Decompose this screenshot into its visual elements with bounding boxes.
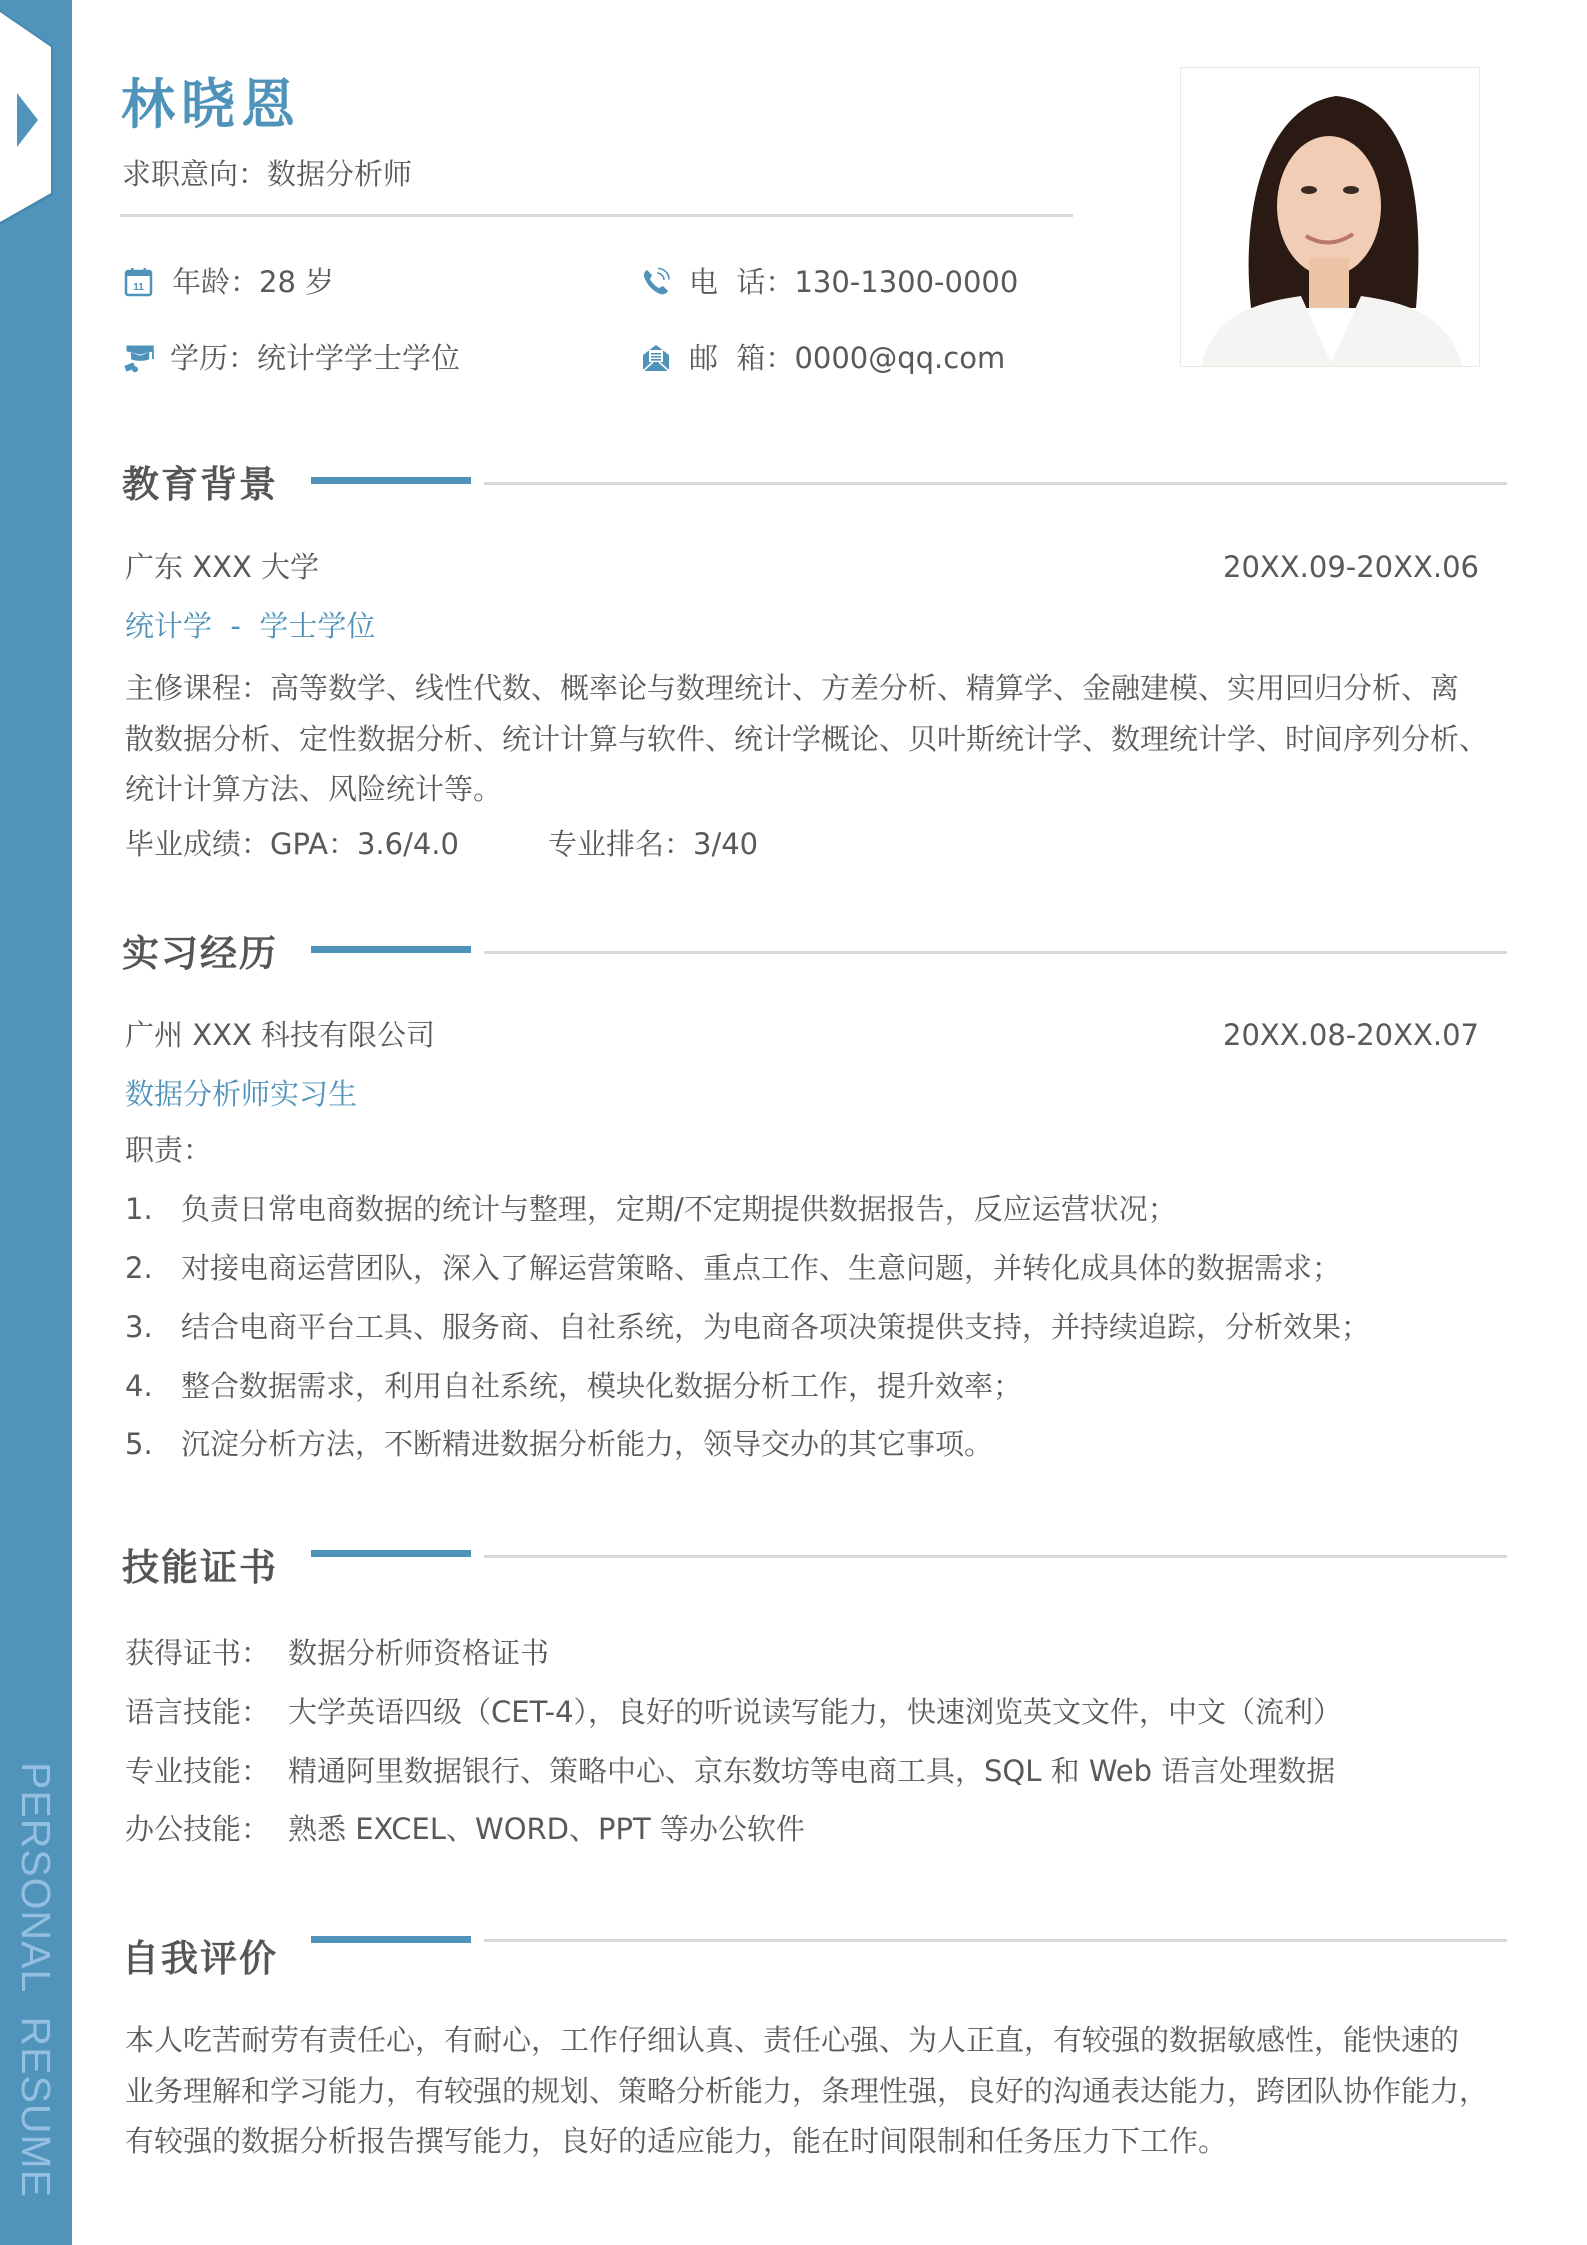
evaluation-line: 业务理解和学习能力，有较强的规划、策略分析能力，条理性强，良好的沟通表达能力，跨… <box>125 2066 1515 2117</box>
section-accent-bar <box>311 477 471 484</box>
sidebar-vertical-text: PERSONAL RESUME <box>14 1762 58 2182</box>
candidate-name: 林晓恩 <box>121 70 301 140</box>
self-evaluation-text: 本人吃苦耐劳有责任心，有耐心，工作仔细认真、责任心强、为人正直，有较强的数据敏感… <box>125 2015 1515 2167</box>
major-degree: 统计学 - 学士学位 <box>125 606 375 646</box>
duties-label: 职责： <box>125 1130 212 1170</box>
contact-education: 学历：统计学学士学位 <box>122 338 460 378</box>
job-intent: 求职意向：数据分析师 <box>122 154 412 194</box>
education-period: 20XX.09-20XX.06 <box>1223 547 1479 587</box>
skill-value: 熟悉 EXCEL、WORD、PPT 等办公软件 <box>288 1812 805 1846</box>
duty-item: 3.结合电商平台工具、服务商、自社系统，为电商各项决策提供支持，并持续追踪，分析… <box>125 1307 1370 1347</box>
major-rank: 专业排名：3/40 <box>548 824 758 864</box>
skill-label: 办公技能： <box>125 1809 288 1849</box>
contact-phone: 电 话：130-1300-0000 <box>641 262 1018 302</box>
courses-line: 主修课程：高等数学、线性代数、概率论与数理统计、方差分析、精算学、金融建模、实用… <box>125 663 1515 714</box>
section-title-internship: 实习经历 <box>122 929 278 979</box>
section-title-education: 教育背景 <box>122 460 278 510</box>
phone-icon <box>641 267 671 297</box>
contact-age: 11 年龄：28 岁 <box>124 262 334 302</box>
gpa: 毕业成绩：GPA：3.6/4.0 <box>125 824 459 864</box>
email-value: 0000@qq.com <box>794 338 1005 378</box>
header-divider <box>120 214 1073 217</box>
duty-text: 对接电商运营团队，深入了解运营策略、重点工作、生意问题，并转化成具体的数据需求； <box>181 1251 1341 1285</box>
section-accent-bar <box>311 1936 471 1943</box>
duty-number: 4. <box>125 1366 181 1406</box>
duty-number: 2. <box>125 1248 181 1288</box>
phone-value: 130-1300-0000 <box>794 262 1018 302</box>
skill-label: 获得证书： <box>125 1633 288 1673</box>
school-name: 广东 XXX 大学 <box>125 547 319 587</box>
graduation-cap-icon <box>122 341 156 375</box>
section-divider <box>484 482 1507 485</box>
duty-item: 1.负责日常电商数据的统计与整理，定期/不定期提供数据报告，反应运营状况； <box>125 1189 1177 1229</box>
courses-line: 散数据分析、定性数据分析、统计计算与软件、统计学概论、贝叶斯统计学、数理统计学、… <box>125 714 1515 765</box>
duty-number: 3. <box>125 1307 181 1347</box>
calendar-icon: 11 <box>124 267 154 297</box>
evaluation-line: 本人吃苦耐劳有责任心，有耐心，工作仔细认真、责任心强、为人正直，有较强的数据敏感… <box>125 2015 1515 2066</box>
skill-item: 办公技能：熟悉 EXCEL、WORD、PPT 等办公软件 <box>125 1809 805 1849</box>
skill-item: 专业技能：精通阿里数据银行、策略中心、京东数坊等电商工具，SQL 和 Web 语… <box>125 1751 1335 1791</box>
skill-item: 获得证书：数据分析师资格证书 <box>125 1633 549 1673</box>
duty-item: 4.整合数据需求，利用自社系统，模块化数据分析工作，提升效率； <box>125 1366 1022 1406</box>
education-label: 学历： <box>170 338 257 378</box>
skill-label: 专业技能： <box>125 1751 288 1791</box>
section-accent-bar <box>311 1550 471 1557</box>
age-value: 28 岁 <box>259 262 334 302</box>
age-label: 年龄： <box>172 262 259 302</box>
duty-text: 负责日常电商数据的统计与整理，定期/不定期提供数据报告，反应运营状况； <box>181 1192 1177 1226</box>
section-accent-bar <box>311 946 471 953</box>
sidebar: PERSONAL RESUME <box>0 0 72 2245</box>
skill-label: 语言技能： <box>125 1692 288 1732</box>
portrait-image <box>1181 68 1480 367</box>
duty-text: 沉淀分析方法，不断精进数据分析能力，领导交办的其它事项。 <box>181 1427 993 1461</box>
company-name: 广州 XXX 科技有限公司 <box>125 1015 435 1055</box>
skill-value: 精通阿里数据银行、策略中心、京东数坊等电商工具，SQL 和 Web 语言处理数据 <box>288 1754 1335 1788</box>
profile-photo <box>1180 67 1480 367</box>
job-intent-label: 求职意向： <box>122 157 267 191</box>
svg-text:11: 11 <box>133 282 144 293</box>
section-divider <box>484 1939 1507 1942</box>
courses: 主修课程：高等数学、线性代数、概率论与数理统计、方差分析、精算学、金融建模、实用… <box>125 663 1515 815</box>
internship-role: 数据分析师实习生 <box>125 1074 357 1114</box>
skill-value: 大学英语四级（CET-4），良好的听说读写能力，快速浏览英文文件，中文（流利） <box>288 1695 1342 1729</box>
hexagon-arrow-icon <box>0 0 72 240</box>
courses-line: 统计计算方法、风险统计等。 <box>125 764 1515 815</box>
phone-label: 电 话： <box>689 262 794 302</box>
duty-text: 结合电商平台工具、服务商、自社系统，为电商各项决策提供支持，并持续追踪，分析效果… <box>181 1310 1370 1344</box>
contact-email: 邮 箱：0000@qq.com <box>641 338 1005 378</box>
education-value: 统计学学士学位 <box>257 338 460 378</box>
envelope-icon <box>641 343 671 373</box>
section-divider <box>484 1555 1507 1558</box>
section-title-self-evaluation: 自我评价 <box>122 1934 278 1984</box>
skill-value: 数据分析师资格证书 <box>288 1636 549 1670</box>
email-label: 邮 箱： <box>689 338 794 378</box>
job-intent-value: 数据分析师 <box>267 157 412 191</box>
skill-item: 语言技能：大学英语四级（CET-4），良好的听说读写能力，快速浏览英文文件，中文… <box>125 1692 1342 1732</box>
evaluation-line: 有较强的数据分析报告撰写能力，良好的适应能力，能在时间限制和任务压力下工作。 <box>125 2116 1515 2167</box>
duty-number: 5. <box>125 1424 181 1464</box>
duty-item: 2.对接电商运营团队，深入了解运营策略、重点工作、生意问题，并转化成具体的数据需… <box>125 1248 1341 1288</box>
internship-period: 20XX.08-20XX.07 <box>1223 1015 1479 1055</box>
duty-number: 1. <box>125 1189 181 1229</box>
duty-item: 5.沉淀分析方法，不断精进数据分析能力，领导交办的其它事项。 <box>125 1424 993 1464</box>
section-divider <box>484 951 1507 954</box>
duty-text: 整合数据需求，利用自社系统，模块化数据分析工作，提升效率； <box>181 1369 1022 1403</box>
section-title-skills: 技能证书 <box>122 1543 278 1593</box>
